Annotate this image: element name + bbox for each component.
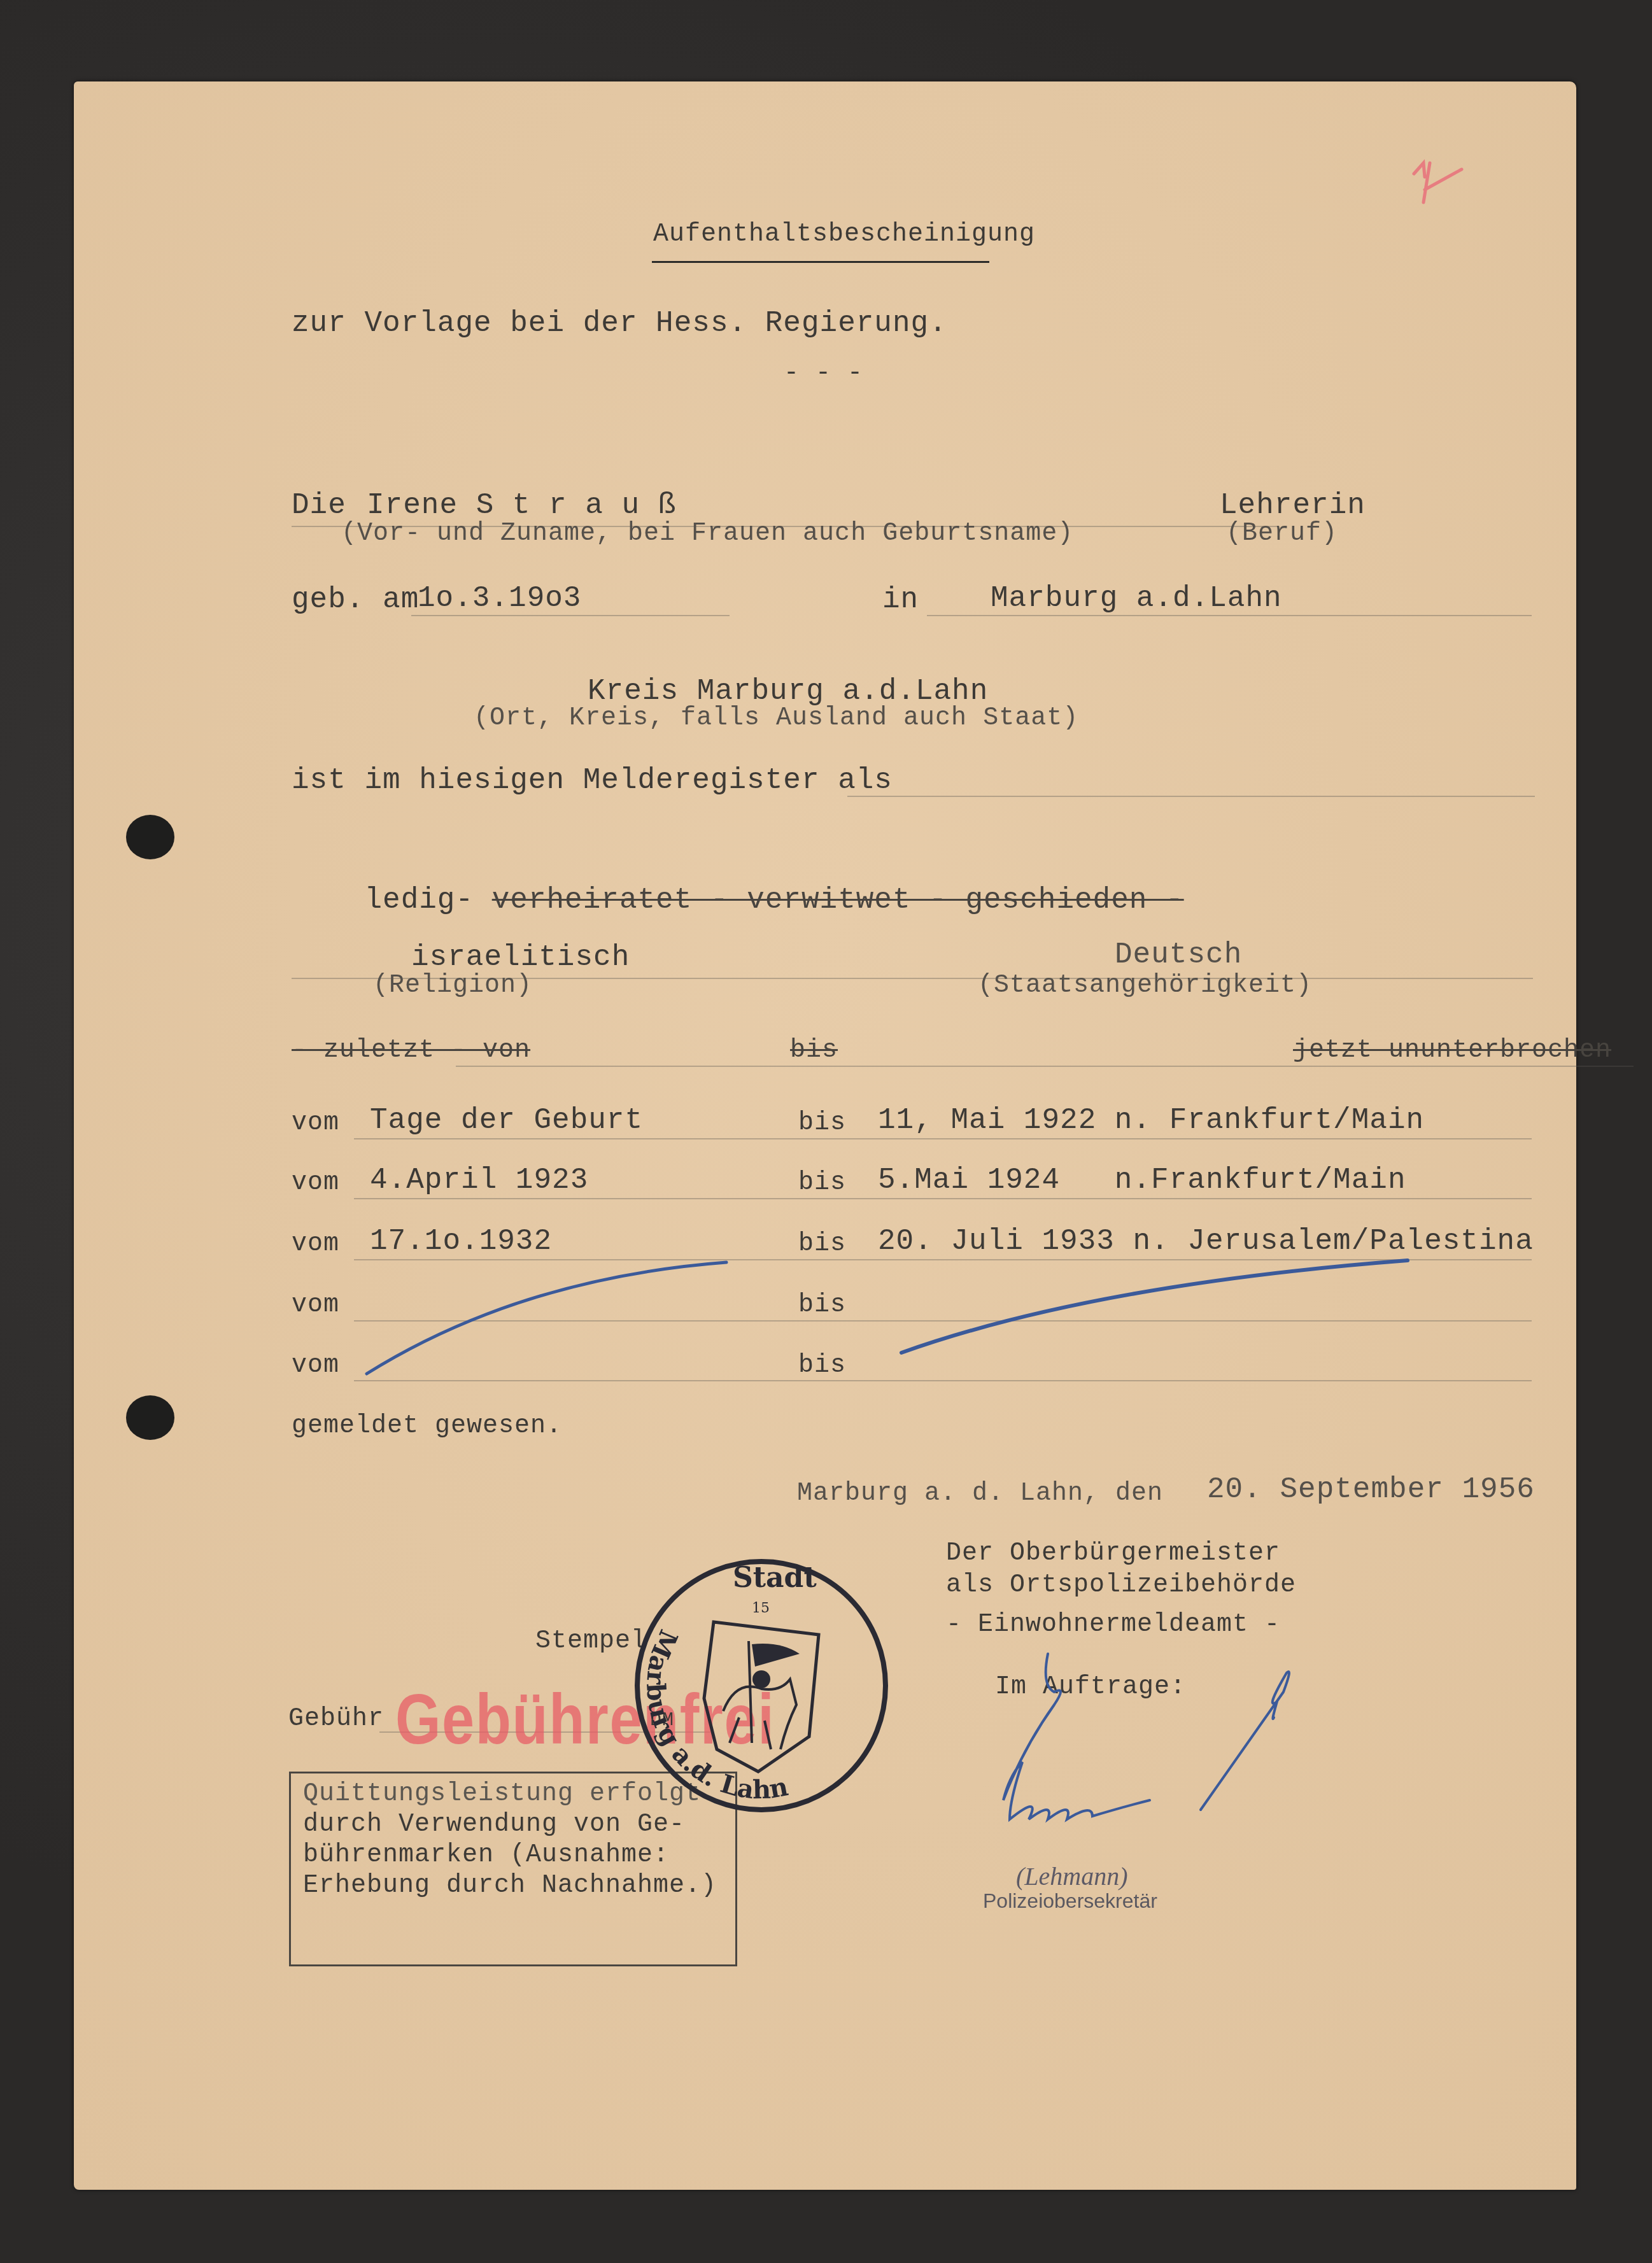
city-seal-stamp: Stadt 15 Marburg a.d. Lahn — [628, 1552, 895, 1819]
born-place: Marburg a.d.Lahn — [991, 582, 1282, 615]
name-hint: (Vor- und Zuname, bei Frauen auch Geburt… — [341, 519, 1073, 548]
page-number-mark — [1411, 158, 1468, 222]
district: Kreis Marburg a.d.Lahn — [588, 675, 988, 708]
subtitle: zur Vorlage bei der Hess. Regierung. — [292, 307, 947, 340]
on-behalf-label: Im Auftrage: — [995, 1673, 1186, 1702]
struck-left: - zuletzt - von — [292, 1036, 530, 1065]
person-prefix: Die — [292, 489, 346, 522]
title-underline — [652, 261, 989, 263]
person-name: Irene S t r a u ß — [367, 489, 676, 522]
religion-value: israelitisch — [411, 941, 630, 974]
signature — [74, 81, 80, 88]
profession-hint: (Beruf) — [1226, 519, 1338, 548]
signer-name-stamp: (Lehmann) — [1016, 1861, 1128, 1891]
born-place-line — [927, 615, 1532, 616]
svg-text:15: 15 — [752, 1600, 770, 1616]
struck-right: jetzt ununterbrochen — [1293, 1036, 1611, 1065]
svg-text:Stadt: Stadt — [733, 1562, 817, 1594]
profession: Lehrerin — [1220, 489, 1366, 522]
document-date: 20. September 1956 — [1207, 1473, 1535, 1506]
born-label: geb. am — [292, 583, 419, 616]
fee-label: Gebühr — [288, 1705, 384, 1733]
closing-text: gemeldet gewesen. — [292, 1412, 562, 1441]
born-date-line — [411, 615, 730, 616]
struck-middle: bis — [790, 1036, 838, 1065]
punch-hole — [126, 1395, 174, 1440]
receipt-note-line: bührenmarken (Ausnahme: — [303, 1841, 669, 1870]
place-date-label: Marburg a. d. Lahn, den — [797, 1479, 1163, 1508]
receipt-note-line: Erhebung durch Nachnahme.) — [303, 1872, 717, 1900]
born-date: 1o.3.19o3 — [418, 582, 581, 615]
nationality-hint: (Staatsangehörigkeit) — [978, 971, 1312, 1000]
authority-line1: Der Oberbürgermeister — [946, 1539, 1280, 1568]
punch-hole — [126, 815, 174, 859]
document-page: Aufenthaltsbescheinigung zur Vorlage bei… — [74, 81, 1576, 2190]
nationality-value: Deutsch — [1115, 938, 1242, 971]
register-text: ist im hiesigen Melderegister als — [292, 764, 893, 797]
marital-status-ledig: ledig — [364, 884, 455, 917]
register-line — [847, 796, 1535, 797]
religion-line — [292, 978, 1533, 979]
document-title: Aufenthaltsbescheinigung — [653, 220, 1035, 249]
religion-hint: (Religion) — [373, 971, 532, 1000]
separator: - - - — [784, 359, 863, 388]
authority-line2: als Ortspolizeibehörde — [946, 1571, 1296, 1600]
district-hint: (Ort, Kreis, falls Ausland auch Staat) — [474, 704, 1078, 733]
authority-line3: - Einwohnermeldeamt - — [946, 1611, 1280, 1639]
marital-selected: ledig- verheiratet - verwitwet - geschie… — [292, 850, 1184, 950]
struck-row-line — [456, 1066, 1634, 1067]
marital-status-struck: verheiratet - verwitwet - geschieden - — [492, 884, 1184, 917]
signer-title-stamp: Polizeiobersekretär — [983, 1889, 1157, 1913]
born-in-label: in — [882, 583, 919, 616]
